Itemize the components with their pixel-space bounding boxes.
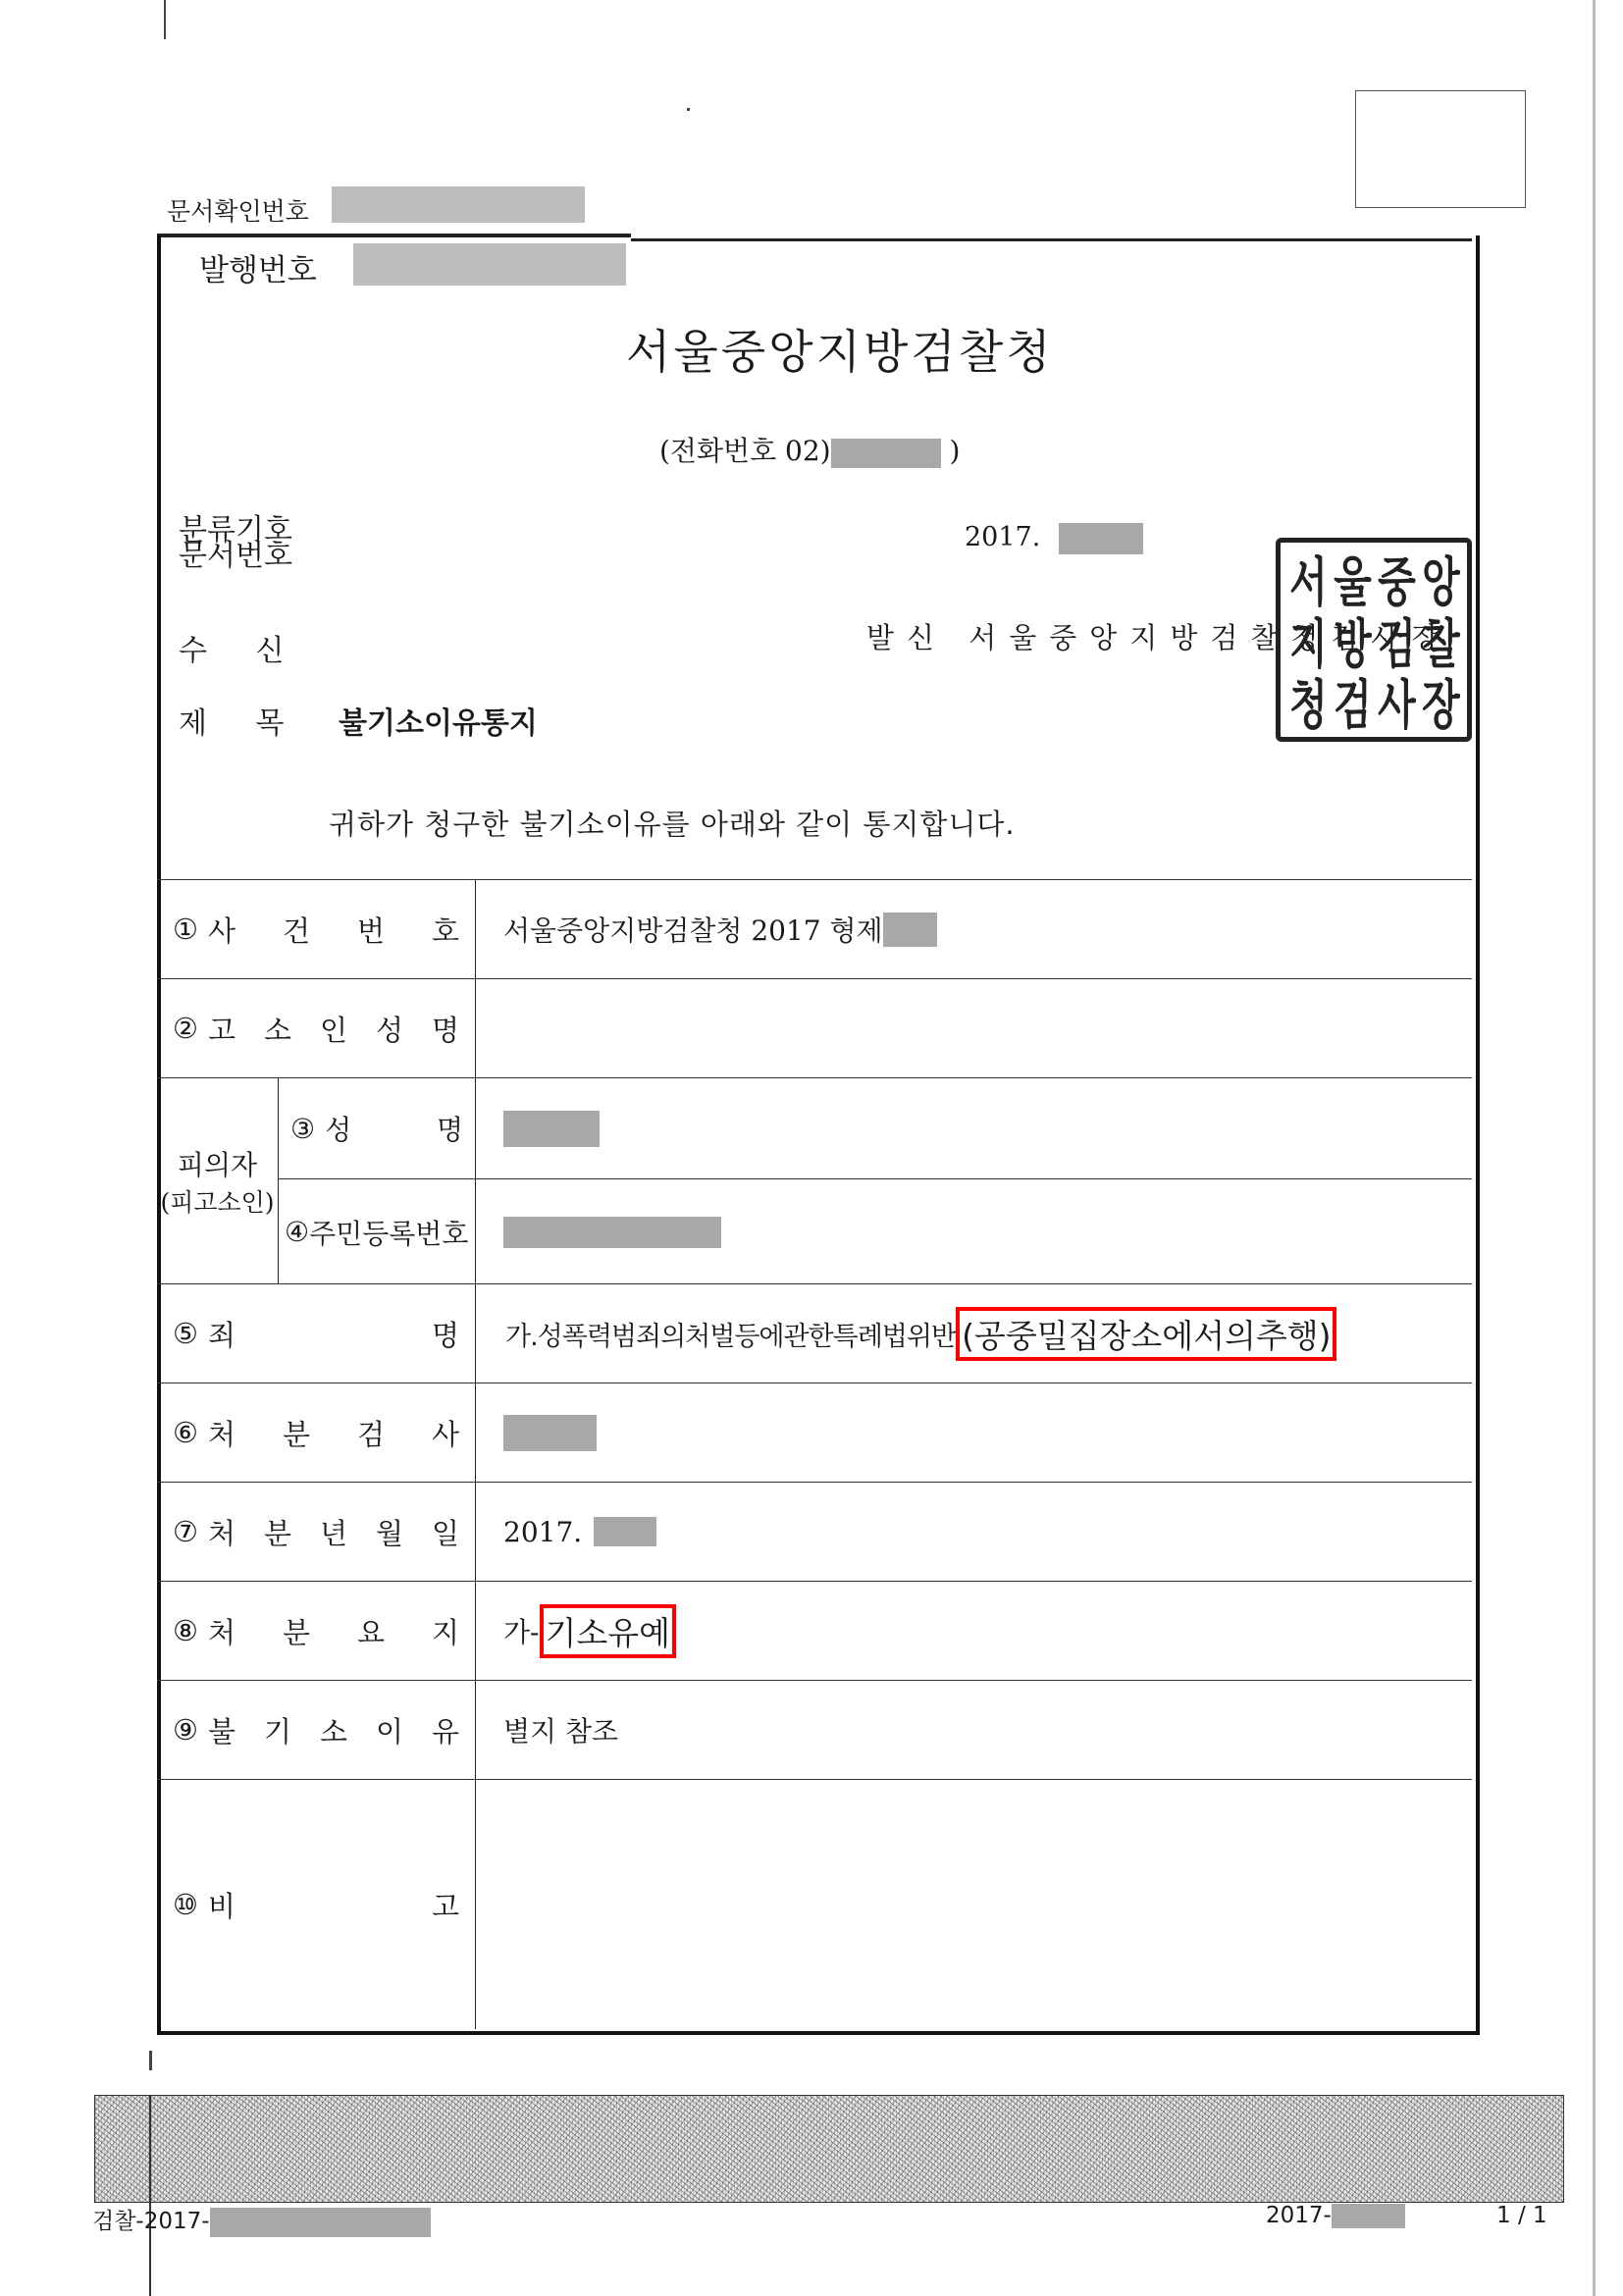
row-number: ⑦	[173, 1515, 198, 1548]
label-char: 인	[320, 1009, 347, 1049]
row-number: ②	[173, 1012, 198, 1045]
page-edge	[1593, 0, 1596, 2296]
label-char: 성	[376, 1009, 403, 1049]
seal-char: 장	[1419, 661, 1461, 742]
redacted-suspect-name	[503, 1111, 600, 1147]
redacted-doc-confirm-no	[332, 186, 585, 223]
row-label-text: 성명	[325, 1109, 475, 1148]
charge-value: 가.성폭력범죄의처벌등에관한특례법위반	[505, 1315, 956, 1353]
phone-suffix: )	[941, 435, 961, 467]
row-number: ⑩	[173, 1888, 198, 1921]
row-value	[475, 1780, 1472, 2029]
row-label-text: 비고	[208, 1885, 473, 1925]
phone-prefix: (전화번호 02)	[659, 435, 831, 467]
footer-doc-id: 검찰-2017-	[92, 2203, 431, 2237]
page-indicator: 1 / 1	[1496, 2203, 1547, 2228]
redacted-resident-no	[503, 1217, 721, 1248]
summary-highlight: 기소유예	[540, 1604, 677, 1658]
footer-serial: 2017-	[1266, 2203, 1405, 2228]
phone-line: (전화번호 02) )	[659, 430, 960, 469]
redacted-footer-serial	[1332, 2204, 1405, 2228]
doc-number-line: 문서번호	[179, 544, 292, 569]
table-row-remarks: ⑩비고	[157, 1779, 1472, 2029]
table-row-prosecutor: ⑥처분검사	[157, 1383, 1472, 1482]
footer-doc-prefix: 검찰-2017-	[92, 2209, 210, 2234]
label-char: 소	[320, 1710, 347, 1750]
row-value: 별지 참조	[475, 1681, 1472, 1779]
label-char: 불	[208, 1710, 236, 1750]
label-char: 비	[208, 1885, 236, 1925]
redacted-footer-id	[210, 2208, 431, 2237]
row-label: ⑥처분검사	[157, 1383, 473, 1482]
table-row-reason: ⑨불기소이유 별지 참조	[157, 1680, 1472, 1779]
suspect-label: 피의자	[178, 1144, 257, 1183]
row-label-text: 사건번호	[208, 910, 473, 950]
row-value: 서울중앙지방검찰청 2017 형제	[475, 880, 1472, 978]
label-char: 기	[264, 1710, 291, 1750]
doc-confirm-label: 문서확인번호	[167, 192, 309, 228]
row-value	[475, 1383, 1472, 1482]
label-char: 사	[208, 910, 236, 950]
label-char: 명	[437, 1109, 463, 1148]
table-row-suspect-id: ④주민등록번호	[279, 1178, 1472, 1284]
recipient-label: 수 신	[179, 626, 285, 669]
seal-char: 검	[1331, 661, 1373, 742]
row-label: ⑧처분요지	[157, 1582, 473, 1680]
issue-date: 2017.	[965, 522, 1143, 554]
seal-char: 청	[1286, 661, 1329, 742]
label-char: 지	[432, 1611, 459, 1651]
redacted-disposition-date	[594, 1517, 656, 1546]
table-row-complainant: ②고소인성명	[157, 978, 1472, 1077]
row-value: 2017.	[475, 1483, 1472, 1581]
page-edge	[149, 2095, 151, 2296]
scan-mark	[164, 0, 166, 39]
row-number: ⑥	[173, 1416, 198, 1449]
table-row-suspect-name: ③성명	[279, 1078, 1472, 1178]
disposition-date-value: 2017.	[503, 1516, 582, 1548]
table-row-case-no: ①사건번호 서울중앙지방검찰청 2017 형제	[157, 879, 1472, 978]
label-char: 명	[432, 1314, 459, 1354]
row-number: ③	[290, 1113, 315, 1145]
row-label: ⑨불기소이유	[157, 1681, 473, 1779]
table-row-disposition-date: ⑦처분년월일 2017.	[157, 1482, 1472, 1581]
redacted-issue-no	[353, 243, 626, 286]
label-char: 고	[208, 1009, 236, 1049]
row-value	[475, 1179, 1472, 1284]
label-char: 고	[432, 1885, 459, 1925]
suspect-group-label: 피의자 (피고소인)	[157, 1078, 279, 1284]
row-label: ①사건번호	[157, 880, 473, 978]
row-label: ⑦처분년월일	[157, 1483, 473, 1581]
case-no-value: 서울중앙지방검찰청 2017 형제	[503, 910, 883, 949]
redacted-phone	[831, 439, 941, 468]
label-char: 유	[432, 1710, 459, 1750]
subject-value: 불기소이유통지	[339, 699, 538, 742]
row-number: ⑨	[173, 1713, 198, 1747]
label-char: 분	[283, 1413, 310, 1453]
row-label-text: 불기소이유	[208, 1710, 473, 1750]
row-label-text: 처분년월일	[208, 1512, 473, 1552]
label-char: 건	[283, 910, 310, 950]
label-char: 성	[325, 1109, 351, 1148]
label-char: 년	[320, 1512, 347, 1552]
label-char: 분	[283, 1611, 310, 1651]
reason-value: 별지 참조	[503, 1710, 618, 1749]
scan-mark	[149, 2051, 152, 2070]
agency-title: 서울중앙지방검찰청	[626, 316, 1054, 382]
seal-char: 사	[1375, 661, 1417, 742]
label-char: 사	[432, 1413, 459, 1453]
label-char: 검	[357, 1413, 385, 1453]
row-label: ③성명	[279, 1078, 475, 1178]
row-label: ⑤죄명	[157, 1284, 473, 1383]
subject-label: 제 목	[179, 699, 285, 742]
label-char: 처	[208, 1413, 236, 1453]
label-char: 죄	[208, 1314, 236, 1354]
redacted-case-no	[883, 913, 937, 947]
security-pattern	[94, 2095, 1564, 2203]
accused-label: (피고소인)	[160, 1183, 274, 1219]
label-char: 번	[357, 910, 385, 950]
row-value: 가.성폭력범죄의처벌등에관한특례법위반(공중밀집장소에서의추행)	[475, 1284, 1472, 1383]
row-label-text: 주민등록번호	[309, 1213, 468, 1252]
stamp-box	[1355, 90, 1526, 208]
label-char: 이	[376, 1710, 403, 1750]
scan-mark	[687, 108, 690, 111]
label-char: 요	[357, 1611, 385, 1651]
row-number: ④	[285, 1216, 309, 1248]
row-label: ⑩비고	[157, 1780, 473, 2029]
row-value	[475, 979, 1472, 1077]
label-char: 호	[432, 910, 459, 950]
table-row-charge: ⑤죄명 가.성폭력범죄의처벌등에관한특례법위반(공중밀집장소에서의추행)	[157, 1283, 1472, 1383]
redacted-prosecutor	[503, 1415, 597, 1451]
row-label: ④주민등록번호	[279, 1179, 475, 1284]
label-char: 명	[432, 1009, 459, 1049]
notice-text: 귀하가 청구한 불기소이유를 아래와 같이 통지합니다.	[329, 803, 1016, 843]
label-char: 주민등록번호	[309, 1218, 468, 1250]
charge-highlight: (공중밀집장소에서의추행)	[956, 1307, 1336, 1361]
redacted-date	[1059, 523, 1143, 554]
row-number: ①	[173, 913, 198, 946]
row-value: 가-기소유예	[475, 1582, 1472, 1680]
row-number: ⑤	[173, 1317, 198, 1350]
date-year: 2017.	[965, 522, 1040, 552]
label-char: 처	[208, 1611, 236, 1651]
label-char: 분	[264, 1512, 291, 1552]
row-label-text: 처분검사	[208, 1413, 473, 1453]
label-char: 월	[376, 1512, 403, 1552]
footer-serial-prefix: 2017-	[1266, 2203, 1332, 2228]
row-label-text: 처분요지	[208, 1611, 473, 1651]
official-seal: 서울중앙지방검찰청검사장	[1276, 538, 1472, 742]
row-number: ⑧	[173, 1614, 198, 1647]
table-row-disposition-summary: ⑧처분요지 가-기소유예	[157, 1581, 1472, 1680]
class-code-label: 분류기호 문서번호	[179, 518, 292, 569]
row-label: ②고소인성명	[157, 979, 473, 1077]
row-value	[475, 1078, 1472, 1178]
row-label-text: 죄명	[208, 1314, 473, 1354]
label-char: 일	[432, 1512, 459, 1552]
row-label-text: 고소인성명	[208, 1009, 473, 1049]
issue-no-label: 발행번호	[199, 245, 317, 289]
label-char: 소	[264, 1009, 291, 1049]
suspect-group: 피의자 (피고소인) ③성명 ④주민등록번호	[157, 1077, 1472, 1284]
label-char: 처	[208, 1512, 236, 1552]
summary-prefix: 가-	[503, 1611, 540, 1650]
